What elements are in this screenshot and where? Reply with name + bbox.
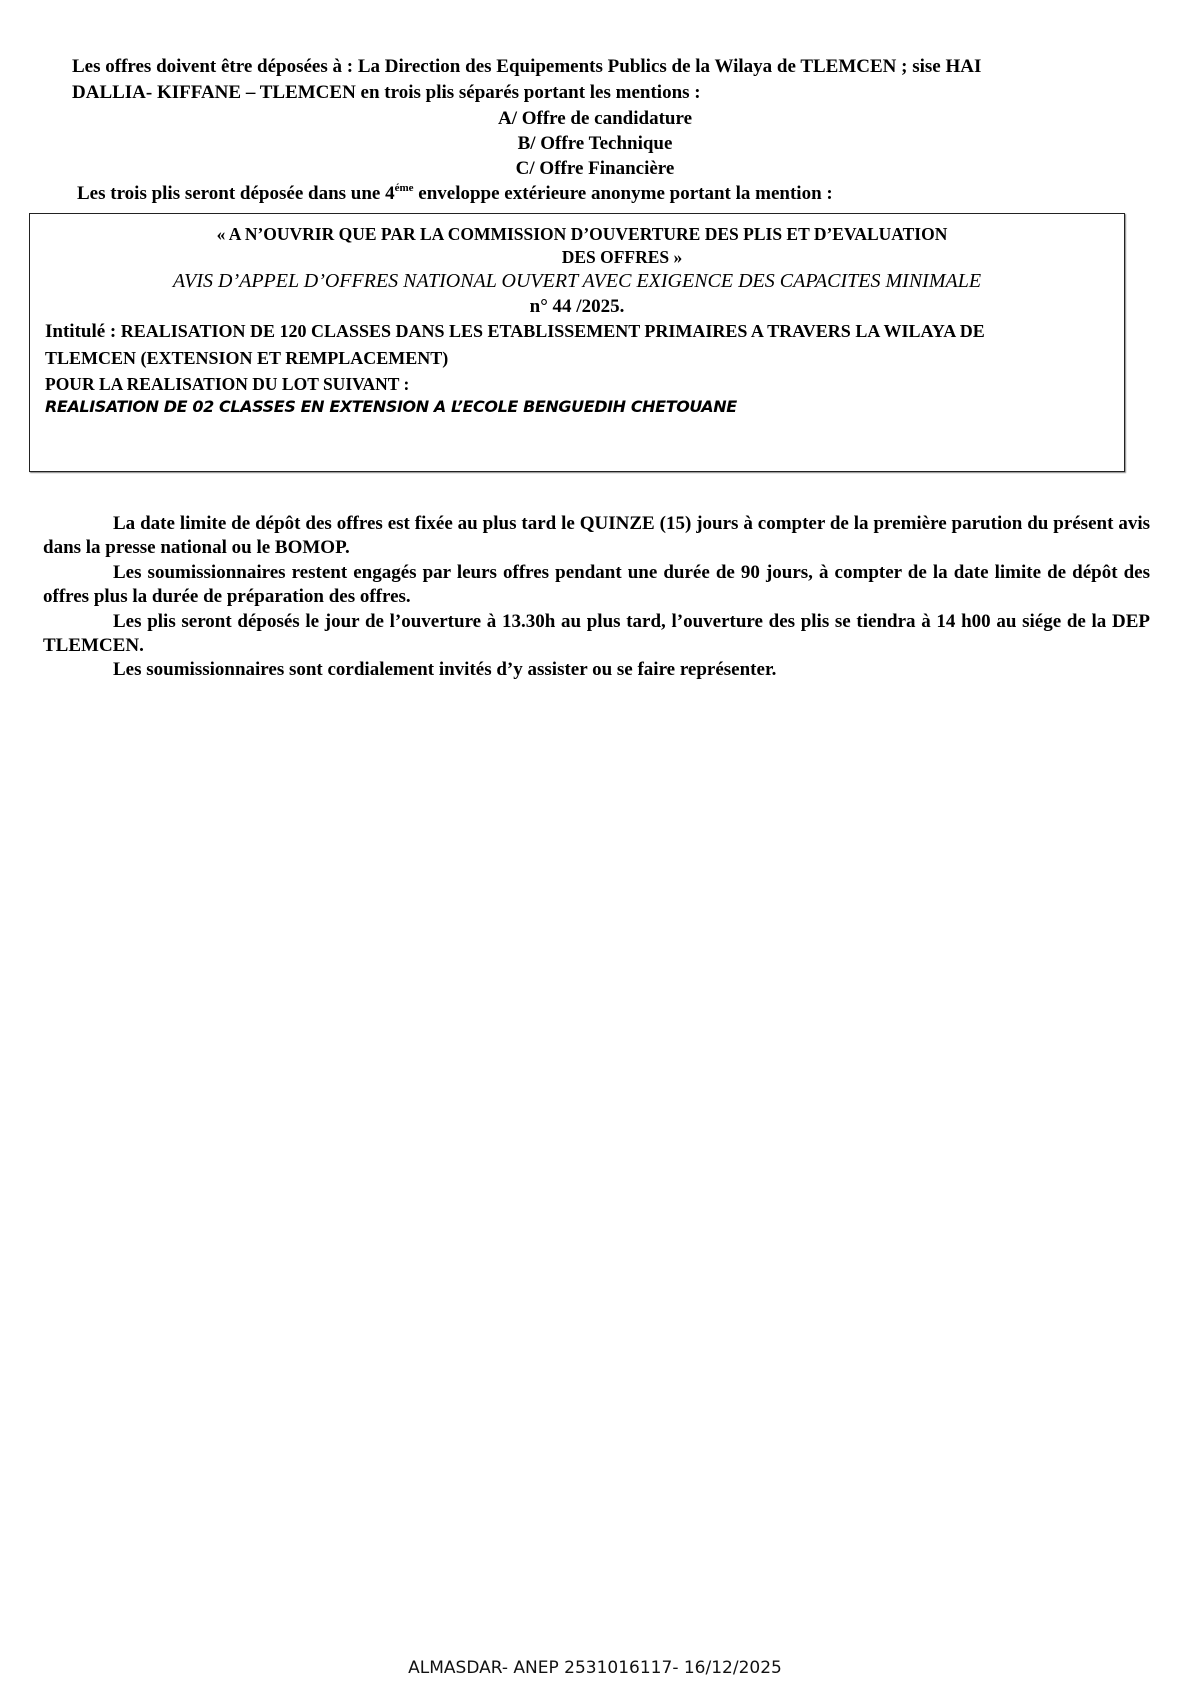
option-financiere: C/ Offre Financière — [0, 156, 1190, 181]
paragraph-text: Les plis seront déposés le jour de l’ouv… — [43, 611, 1150, 656]
paragraph-opening: Les plis seront déposés le jour de l’ouv… — [43, 610, 1150, 658]
mention-line-1: « A N’OUVRIR QUE PAR LA COMMISSION D’OUV… — [30, 224, 1124, 245]
mention-line-2: DES OFFRES » — [30, 247, 1124, 268]
intitule-text: REALISATION DE 120 CLASSES DANS LES ETAB… — [116, 321, 984, 341]
lot-description: REALISATION DE 02 CLASSES EN EXTENSION A… — [45, 397, 737, 416]
paragraph-text: Les soumissionnaires sont cordialement i… — [113, 659, 776, 680]
ordinal-superscript: éme — [395, 182, 414, 194]
avis-number: n° 44 /2025. — [30, 296, 1124, 318]
paragraph-invitation: Les soumissionnaires sont cordialement i… — [43, 658, 1150, 682]
paragraph-validity: Les soumissionnaires restent engagés par… — [43, 561, 1150, 609]
outer-envelope-text: Les trois plis seront déposée dans une 4 — [77, 183, 395, 204]
paragraph-deadline: La date limite de dépôt des offres est f… — [43, 512, 1150, 560]
paragraph-text: Les soumissionnaires restent engagés par… — [43, 562, 1150, 607]
paragraph-text: La date limite de dépôt des offres est f… — [43, 513, 1150, 558]
intitule-line-1: Intitulé : REALISATION DE 120 CLASSES DA… — [45, 321, 985, 343]
envelope-mention-box: « A N’OUVRIR QUE PAR LA COMMISSION D’OUV… — [29, 213, 1125, 472]
outer-envelope-text-end: enveloppe extérieure anonyme portant la … — [414, 183, 833, 204]
avis-title: AVIS D’APPEL D’OFFRES NATIONAL OUVERT AV… — [30, 270, 1124, 293]
intro-line-1: Les offres doivent être déposées à : La … — [72, 54, 981, 79]
lot-label: POUR LA REALISATION DU LOT SUIVANT : — [45, 374, 409, 395]
intro-line-2: DALLIA- KIFFANE – TLEMCEN en trois plis … — [72, 80, 701, 105]
intitule-line-2: TLEMCEN (EXTENSION ET REMPLACEMENT) — [45, 348, 448, 369]
publication-footer: ALMASDAR- ANEP 2531016117- 16/12/2025 — [0, 1658, 1190, 1678]
outer-envelope-instruction: Les trois plis seront déposée dans une 4… — [77, 181, 833, 206]
option-candidature: A/ Offre de candidature — [0, 106, 1190, 131]
intitule-label: Intitulé : — [45, 321, 116, 342]
option-technique: B/ Offre Technique — [0, 131, 1190, 156]
